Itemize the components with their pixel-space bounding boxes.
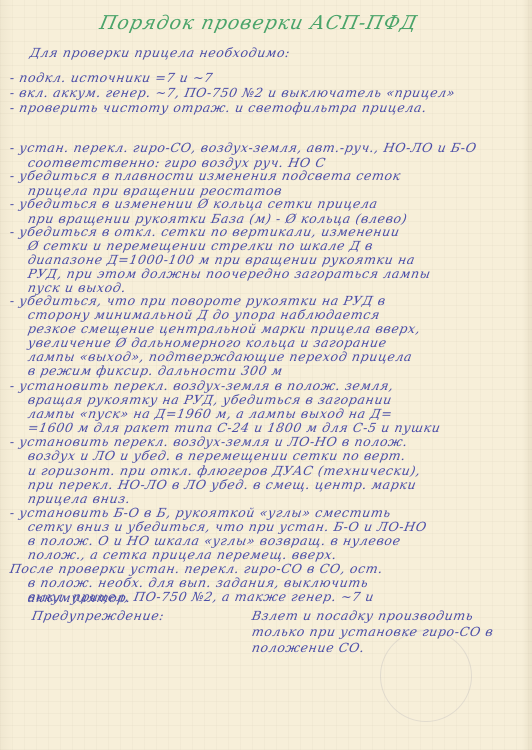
text-line: - убедиться, что при повороте рукоятки н… bbox=[9, 293, 387, 308]
text-line: =1600 м для ракет типа С-24 и 1800 м для… bbox=[27, 420, 442, 435]
warning-text-line: только при установке гиро-СО в bbox=[251, 624, 495, 639]
text-line: - убедиться в изменении Ø кольца сетки п… bbox=[9, 196, 379, 211]
text-line: прицела вниз. bbox=[27, 491, 132, 506]
text-line: После проверки устан. перекл. гиро-СО в … bbox=[9, 561, 385, 576]
warning-text-line: Взлет и посадку производить bbox=[251, 608, 475, 623]
text-line: лампы «пуск» на Д=1960 м, а лампы выход … bbox=[27, 406, 394, 421]
text-line: - вкл. аккум. генер. ~7, ПО-750 №2 и вык… bbox=[9, 85, 457, 100]
text-line: вращая рукоятку на РУД, убедиться в заго… bbox=[27, 392, 394, 407]
text-line: полож., а сетка прицела перемещ. вверх. bbox=[27, 547, 339, 562]
text-line: - установить Б-О в Б, рукояткой «углы» с… bbox=[9, 505, 393, 520]
text-line: - подкл. источники =7 и ~7 bbox=[9, 70, 215, 85]
warning-label: Предупреждение: bbox=[31, 608, 166, 623]
text-line: увеличение Ø дальномерного кольца и заго… bbox=[27, 335, 389, 350]
warning-text-line: положение СО. bbox=[251, 640, 366, 655]
text-line: Ø сетки и перемещении стрелки по шкале Д… bbox=[27, 238, 375, 253]
text-line: лампы «выход», подтверждающие переход пр… bbox=[27, 349, 414, 364]
text-line: при перекл. НО-ЛО в ЛО убед. в смещ. цен… bbox=[27, 477, 418, 492]
text-line: и горизонт. при откл. флюгеров ДУАС (тех… bbox=[27, 463, 422, 478]
text-line: в полож. необх. для вып. задания, выключ… bbox=[27, 575, 370, 590]
text-line: сторону минимальной Д до упора наблюдает… bbox=[27, 307, 382, 322]
notebook-page: Порядок проверки АСП-ПФД Для проверки пр… bbox=[0, 0, 532, 750]
text-line: - установить перекл. воздух-земля в поло… bbox=[9, 378, 395, 393]
text-line: аккумулятор. bbox=[27, 590, 132, 605]
text-line: - убедиться в откл. сетки по вертикали, … bbox=[9, 224, 401, 239]
text-line: - убедиться в плавности изменения подсве… bbox=[9, 168, 403, 183]
text-line: диапазоне Д=1000-100 м при вращении руко… bbox=[27, 252, 417, 267]
document-title: Порядок проверки АСП-ПФД bbox=[98, 12, 420, 34]
text-line: РУД, при этом должны поочередно загорать… bbox=[27, 266, 432, 281]
text-line: в полож. О и НО шкала «углы» возвращ. в … bbox=[27, 533, 402, 548]
intro-line: Для проверки прицела необходимо: bbox=[29, 45, 292, 60]
text-line: воздух и ЛО и убед. в перемещении сетки … bbox=[27, 448, 408, 463]
text-line: в режим фиксир. дальности 300 м bbox=[27, 363, 285, 378]
text-line: резкое смещение центральной марки прицел… bbox=[27, 321, 422, 336]
text-line: - проверить чистоту отраж. и светофильтр… bbox=[9, 100, 429, 115]
text-line: - установить перекл. воздух-земля и ЛО-Н… bbox=[9, 434, 409, 449]
text-line: сетку вниз и убедиться, что при устан. Б… bbox=[27, 519, 428, 534]
text-line: - устан. перекл. гиро-СО, воздух-земля, … bbox=[9, 140, 478, 155]
bleed-through-diagram bbox=[380, 630, 472, 722]
